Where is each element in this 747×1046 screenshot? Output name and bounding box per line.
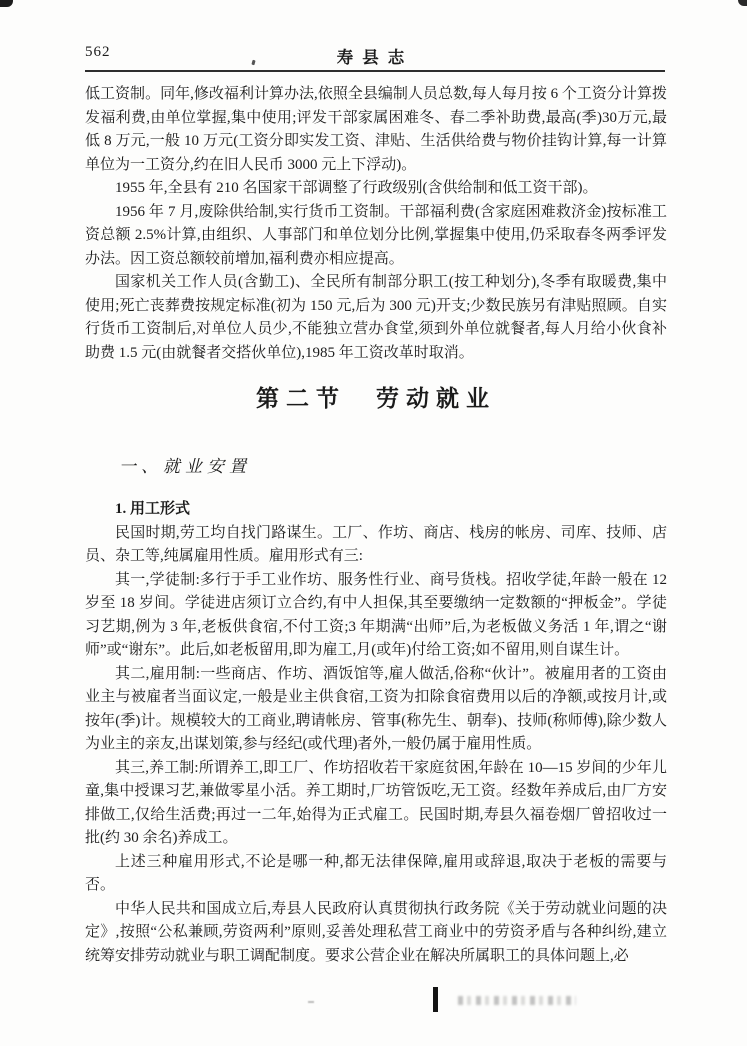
paragraph: 中华人民共和国成立后,寿县人民政府认真贯彻执行政务院《关于劳动就业问题的决定》,… xyxy=(85,898,667,969)
page-header: 562 寿县志 xyxy=(85,0,665,72)
header-rule xyxy=(85,70,665,72)
paragraph: 低工资制。同年,修改福利计算办法,依照全县编制人员总数,每人每月按 6 个工资分… xyxy=(85,83,667,177)
subsection-title: 一、就业安置 xyxy=(85,455,667,479)
paragraph: 民国时期,劳工均自找门路谋生。工厂、作坊、商店、栈房的帐房、司库、技师、店员、杂… xyxy=(85,522,667,569)
book-title: 寿县志 xyxy=(85,44,665,68)
item-heading: 1. 用工形式 xyxy=(85,498,667,522)
paragraph: 其二,雇用制:一些商店、作坊、酒饭馆等,雇人做活,俗称“伙计”。被雇用者的工资由… xyxy=(85,663,667,757)
scan-speck-top-right xyxy=(738,0,747,6)
page-body: 低工资制。同年,修改福利计算办法,依照全县编制人员总数,每人每月按 6 个工资分… xyxy=(85,83,667,968)
paragraph: 其三,养工制:所谓养工,即工厂、作坊招收若干家庭贫困,年龄在 10—15 岁间的… xyxy=(85,757,667,851)
scan-speck-top-left xyxy=(0,0,13,7)
section-title: 第二节 劳动就业 xyxy=(85,382,667,416)
paragraph: 上述三种雇用形式,不论是哪一种,都无法律保障,雇用或辞退,取决于老板的需要与否。 xyxy=(85,851,667,898)
paragraph: 1955 年,全县有 210 名国家干部调整了行政级别(含供给制和低工资干部)。 xyxy=(85,177,667,201)
scan-artifact-bar xyxy=(433,987,438,1012)
book-page: 562 寿县志 低工资制。同年,修改福利计算办法,依照全县编制人员总数,每人每月… xyxy=(0,0,747,1046)
scan-artifact-smudge xyxy=(458,996,576,1005)
paragraph: 国家机关工作人员(含勤工)、全民所有制部分职工(按工种划分),冬季有取暖费,集中… xyxy=(85,271,667,365)
paragraph: 其一,学徒制:多行于手工业作坊、服务性行业、商号货栈。招收学徒,年龄一般在 12… xyxy=(85,569,667,663)
scan-artifact-dot xyxy=(308,1001,314,1003)
paragraph: 1956 年 7 月,废除供给制,实行货币工资制。干部福利费(含家庭困难救济金)… xyxy=(85,201,667,272)
